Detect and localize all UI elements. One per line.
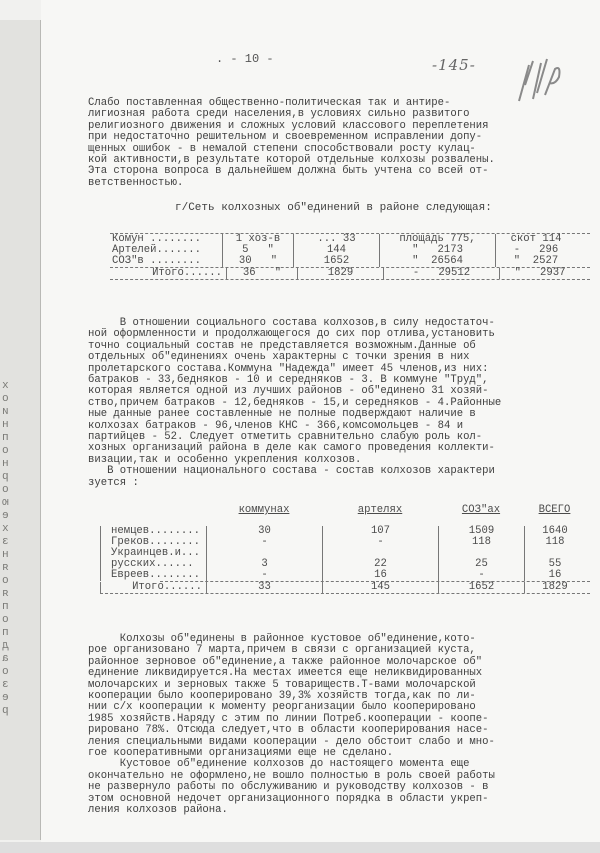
document-page: . - 10 - -145- Слабо поставленная общест… <box>41 0 600 853</box>
table-row: СОЗ"в ........30 "1652" 26564" 2527 <box>110 256 590 267</box>
table-cell: 16 <box>524 570 585 581</box>
paragraph-cooperative-union: Колхозы об"единены в районное кустовое о… <box>88 634 495 817</box>
table-cell: - <box>438 570 524 581</box>
table-cell: " 26564 <box>380 256 496 267</box>
paragraph-social-composition: В отношении социального состава колхозов… <box>88 318 501 489</box>
table-cell: 16 <box>322 570 438 581</box>
adjacent-page-edge: хоинпонроюехзняояпопдаозер <box>0 20 41 840</box>
table-total-row: Итого...... 36 " 1829 - 29512 " 2937 <box>110 268 590 279</box>
table-cell: 30 " <box>223 256 294 267</box>
paragraph-political-work: Слабо поставленная общественно-политичес… <box>88 98 495 189</box>
table-header: коммунах артелях СОЗ"ах ВСЕГО <box>100 505 585 516</box>
section-heading-network: г/Сеть колхозных об"единений в районе сл… <box>175 203 492 214</box>
archive-folio-number: -145- <box>432 56 476 74</box>
handwritten-folio-mark-icon <box>511 55 571 105</box>
page-number: . - 10 - <box>216 52 274 66</box>
table-total-row: Итого...... 33 145 1652 1829 <box>100 582 590 593</box>
table-cell: " 2527 <box>496 256 576 267</box>
page-bottom-edge <box>0 842 600 853</box>
table-cell: СОЗ"в ........ <box>110 256 223 267</box>
national-composition-table: коммунах артелях СОЗ"ах ВСЕГО немцев....… <box>100 526 590 594</box>
table-cell: 1652 <box>294 256 380 267</box>
kolkhoz-network-table: Комун ........1 хоз-в... 33площадь 775,с… <box>110 233 590 280</box>
table-cell: Евреев........ <box>100 570 206 581</box>
table-row: Евреев........-16-16 <box>100 570 590 581</box>
table-cell: - <box>206 570 322 581</box>
